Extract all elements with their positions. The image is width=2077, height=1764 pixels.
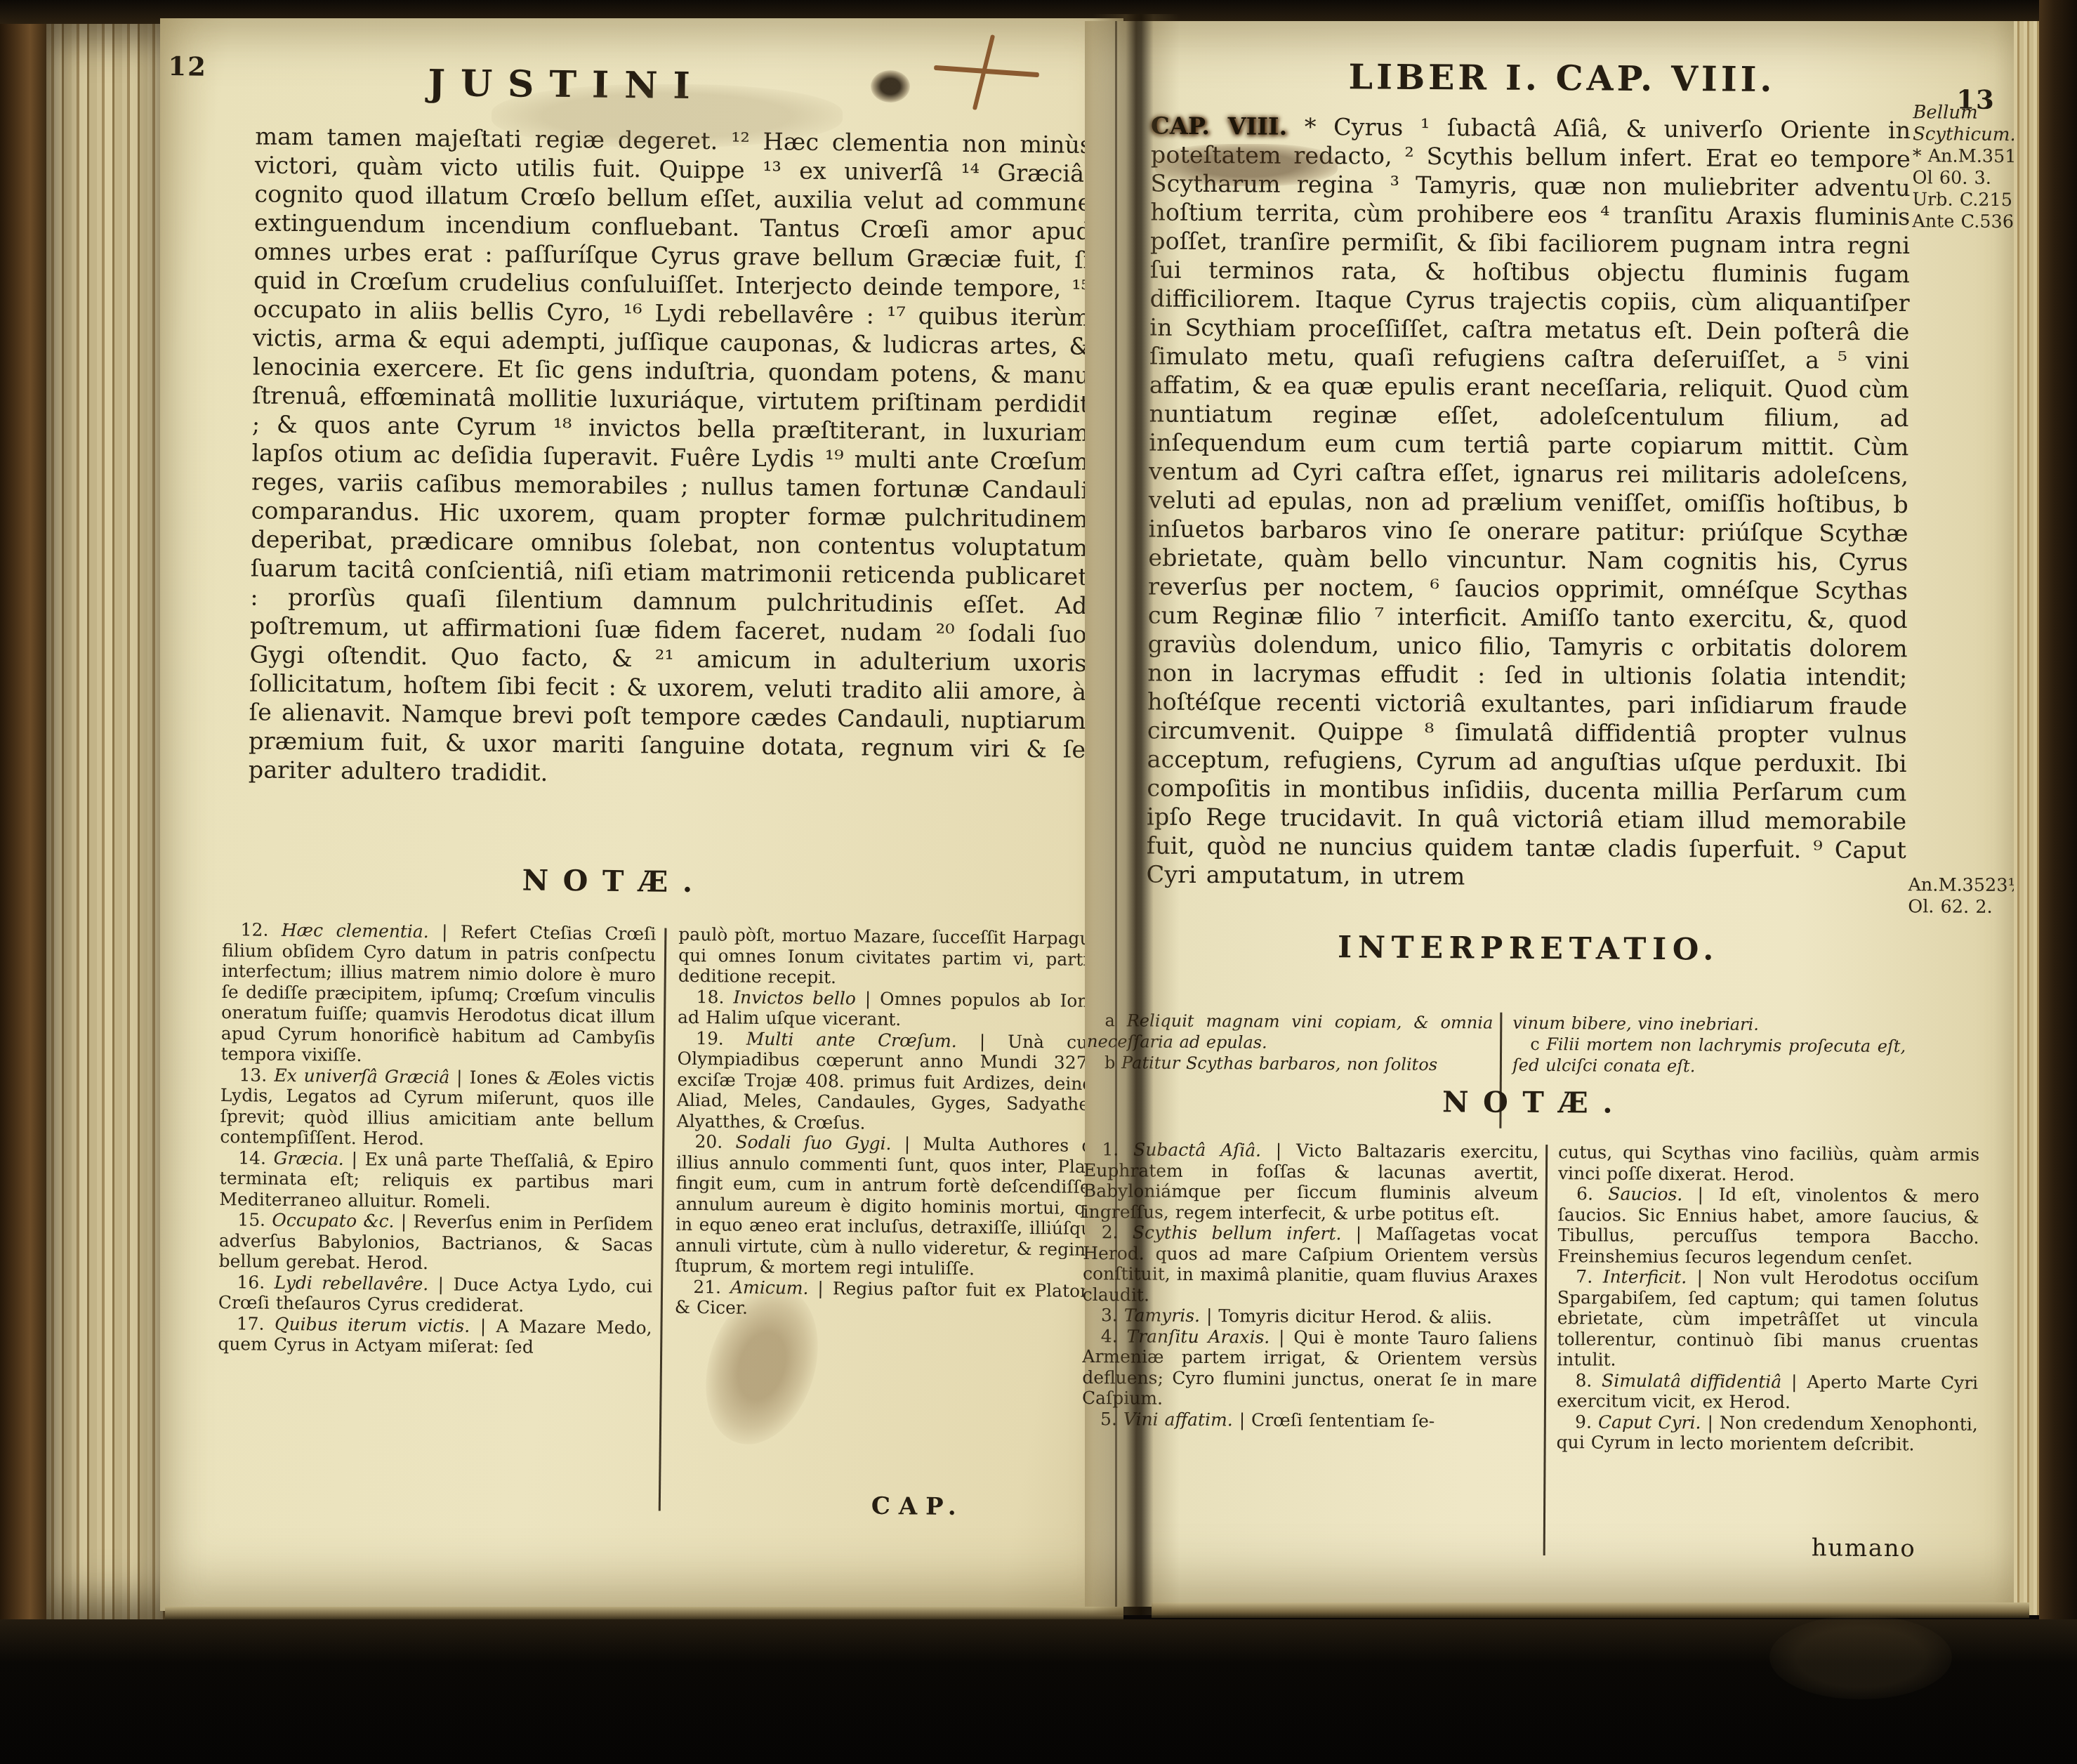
note-number: 8. (1575, 1370, 1602, 1390)
note-item: 9. Caput Cyri. | Non credendum Xenophont… (1557, 1411, 1978, 1456)
left-body-text: mam tamen majeſtati regiæ degeret. ¹² Hæ… (249, 121, 1093, 792)
right-running-header: LIBER I. CAP. VIII. (1253, 55, 1871, 100)
note-lemma: Quibus iterum victis. (275, 1313, 480, 1336)
note-item: 20. Sodali ſuo Gygi. | Multa Authores de… (675, 1131, 1103, 1281)
right-page-bottom-edge (1152, 1602, 2029, 1618)
note-lemma: Hæc clementia. (282, 920, 442, 942)
note-item: 21. Amicum. | Regius paſtor fuit ex Plat… (675, 1276, 1102, 1322)
right-body-text: CAP. VIII. * Cyrus ¹ ſubactâ Aſiâ, & uni… (1146, 112, 1911, 894)
note-lemma: Simulatâ diffidentiâ (1602, 1370, 1791, 1392)
left-page: 12 JUSTINI mam tamen majeſtati regiæ deg… (160, 18, 1123, 1611)
note-item: paulò pòſt, mortuo Mazare, ſucceſſit Har… (678, 924, 1106, 991)
note-item: 8. Simulatâ diffidentiâ | Aperto Marte C… (1557, 1370, 1978, 1414)
note-item: 14. Græcia. | Ex unâ parte Theſſaliâ, & … (219, 1147, 654, 1213)
note-lemma: Caput Cyri. (1598, 1411, 1708, 1433)
note-lemma: Amicum. (730, 1277, 818, 1298)
note-lemma: Occupato &c. (272, 1210, 401, 1232)
note-item: 19. Multi ante Crœſum. | Unà cum Olympia… (676, 1027, 1105, 1136)
note-number: 20. (694, 1131, 735, 1152)
note-lemma: Saucios. (1608, 1184, 1698, 1205)
note-item: 18. Invictos bello | Omnes populos ab Io… (678, 986, 1105, 1032)
note-item: c Filii mortem non lachrymis proſecuta e… (1512, 1034, 1906, 1078)
note-number: 7. (1576, 1266, 1603, 1286)
note-number: 9. (1575, 1411, 1598, 1432)
note-item: 7. Interficit. | Non vult Herodotus occi… (1557, 1266, 1979, 1372)
note-lemma: Multi ante Crœſum. (746, 1028, 980, 1051)
left-catchword: CAP. (871, 1492, 965, 1521)
note-item: 13. Ex univerſâ Græciâ | Iones & Æoles v… (220, 1064, 654, 1151)
left-running-header: JUSTINI (321, 60, 813, 108)
note-number: 14. (238, 1147, 274, 1169)
note-number: 13. (239, 1065, 274, 1086)
note-text: | Crœſi ſententiam ſe- (1239, 1409, 1435, 1431)
left-page-number: 12 (168, 51, 207, 82)
note-lemma: Ex univerſâ Græciâ (274, 1065, 456, 1087)
note-number: 16. (237, 1272, 274, 1293)
note-text: paulò pòſt, mortuo Mazare, ſucceſſit Har… (678, 924, 1106, 987)
right-notae-heading: NOTÆ. (1288, 1084, 1780, 1121)
right-catchword: humano (1812, 1534, 1916, 1562)
interpretatio-heading: INTERPRETATIO. (1262, 930, 1795, 968)
left-notes-column-1: 12. Hæc clementia. | Refert Cteſias Crœſ… (218, 919, 656, 1359)
note-text: Filii mortem non lachrymis proſecuta eſt… (1512, 1034, 1906, 1076)
note-number: 12. (241, 919, 282, 940)
note-number: 6. (1576, 1183, 1608, 1204)
note-item: cutus, qui Scythas vino faciliùs, quàm a… (1558, 1142, 1979, 1186)
note-item: 6. Saucios. | Id eſt, vinolentos & mero … (1557, 1183, 1979, 1269)
gutter-crease-line (1115, 21, 1117, 1607)
note-number: 17. (237, 1313, 275, 1334)
note-number: 15. (237, 1209, 272, 1230)
book-edge-right (2039, 0, 2077, 1764)
left-page-bottom-edge (165, 1607, 1123, 1621)
left-notes-column-rule (659, 928, 667, 1511)
note-lemma: Invictos bello (733, 987, 865, 1008)
note-lemma: Lydi rebellavêre. (274, 1272, 437, 1294)
note-number: 21. (693, 1277, 730, 1298)
interpretatio-column-2: vinum bibere, vino inebriari.c Filii mor… (1512, 1013, 1906, 1078)
note-text: vinum bibere, vino inebriari. (1512, 1013, 1759, 1034)
gutter-shadow (1093, 14, 1180, 1615)
note-item: 12. Hæc clementia. | Refert Cteſias Crœſ… (220, 919, 656, 1069)
left-notae-heading: NOTÆ. (418, 862, 811, 900)
note-number: 18. (697, 987, 734, 1008)
note-item: 16. Lydi rebellavêre. | Duce Actya Lydo,… (218, 1271, 653, 1317)
note-item: vinum bibere, vino inebriari. (1512, 1013, 1906, 1036)
right-notes-column-rule (1543, 1145, 1548, 1555)
note-lemma: Græcia. (273, 1147, 351, 1169)
right-body-continuation: * Cyrus ¹ ſubactâ Aſiâ, & univerſo Orien… (1146, 113, 1911, 890)
note-number: 19. (696, 1028, 746, 1049)
note-number: c (1530, 1034, 1546, 1054)
book-scan-photo: { "left": { "page_number": "12", "header… (0, 0, 2077, 1764)
right-page: LIBER I. CAP. VIII. 13 CAP. VIII. * Cyru… (1085, 21, 2031, 1607)
note-lemma: Interficit. (1603, 1267, 1697, 1288)
note-text: | Multa Authores de illius annulo commen… (675, 1133, 1103, 1279)
left-notes-column-2: paulò pòſt, mortuo Mazare, ſucceſſit Har… (675, 924, 1106, 1322)
scan-bottom-background (0, 1619, 2077, 1764)
note-text: | Refert Cteſias Crœſi filium obſidem Cy… (220, 921, 656, 1065)
note-item: 15. Occupato &c. | Reverſus enim in Perſ… (218, 1209, 653, 1276)
note-text: | Tomyris dicitur Herod. & aliis. (1206, 1305, 1492, 1327)
note-lemma: Sodali ſuo Gygi. (735, 1132, 904, 1154)
note-item: 17. Quibus iterum victis. | A Mazare Med… (218, 1312, 652, 1358)
note-text: cutus, qui Scythas vino faciliùs, quàm a… (1558, 1142, 1979, 1185)
right-notes-column-2: cutus, qui Scythas vino faciliùs, quàm a… (1557, 1142, 1980, 1455)
